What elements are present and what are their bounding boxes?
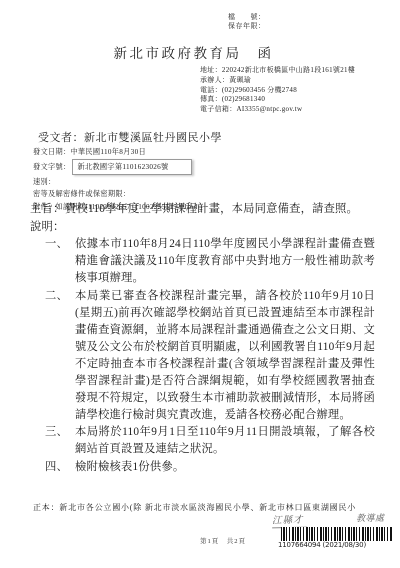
- doc-number-line: 發文字號： 新北教國字第1101623026號: [33, 159, 202, 175]
- contact-block: 地址：220242新北市板橋區中山路1段161號21樓 承辦人：黃珮瑜 電話：(…: [200, 66, 355, 115]
- speed-class-line: 速別：: [33, 177, 202, 187]
- file-number-label: 檔 號：: [228, 13, 266, 22]
- retention-label: 保存年限：: [228, 22, 266, 31]
- contact-phone: 電話：(02)29603456 分機2748: [200, 86, 355, 96]
- item-text: 本局業已審查各校課程計畫完畢，請各校於110年9月10日(星期五)前再次確認學校…: [75, 288, 375, 424]
- handwritten-office: 教導處: [356, 511, 385, 524]
- page-indicator: 第1頁 共2頁: [200, 536, 246, 545]
- explanation-item-3: 三、 本局將於110年9月1日至110年9月11日開設填報，了解各校網站首頁設置…: [45, 424, 375, 458]
- explanation-item-2: 二、 本局業已審查各校課程計畫完畢，請各校於110年9月10日(星期五)前再次確…: [45, 288, 375, 424]
- barcode: [281, 527, 393, 541]
- original-copy-line: 正本：新北市各公立國小(除 新北市淡水區淡海國民小學、新北市林口區東湖國民小: [33, 502, 400, 513]
- handwritten-name: 江縣才: [272, 512, 307, 529]
- document-page: 檔 號： 保存年限： 新北市政府教育局 函 地址：220242新北市板橋區中山路…: [0, 0, 400, 568]
- contact-person: 承辦人：黃珮瑜: [200, 76, 355, 86]
- item-text: 本局將於110年9月1日至110年9月11日開設填報，了解各校網站首頁設置及連結…: [75, 424, 375, 458]
- subject-line: 主旨： 貴校110學年度上學期課程計畫，本局同意備查，請查照。: [30, 201, 375, 218]
- letter-body: 主旨： 貴校110學年度上學期課程計畫，本局同意備查，請查照。 說明： 一、 依…: [30, 201, 375, 476]
- explanation-item-1: 一、 依據本市110年8月24日110學年度國民小學課程計畫備查暨精進會議決議及…: [45, 236, 375, 287]
- item-number: 三、: [45, 424, 75, 458]
- contact-address: 地址：220242新北市板橋區中山路1段161號21樓: [200, 66, 355, 76]
- contact-email: 電子信箱：AI3355@ntpc.gov.tw: [200, 105, 355, 115]
- file-number-block: 檔 號： 保存年限：: [228, 13, 266, 31]
- subject-text: 貴校110學年度上學期課程計畫，本局同意備查，請查照。: [65, 201, 375, 218]
- issue-date-line: 發文日期：中華民國110年8月30日: [33, 147, 202, 157]
- barcode-number: 1107664094 (2021/08/30): [278, 541, 366, 549]
- explanation-item-4: 四、 檢附檢核表1份供參。: [45, 459, 375, 476]
- explanation-label: 說明：: [30, 219, 375, 236]
- item-number: 四、: [45, 459, 75, 476]
- doc-number-label: 發文字號：: [33, 162, 70, 172]
- document-title: 新北市政府教育局 函: [0, 42, 387, 62]
- subject-label: 主旨：: [30, 201, 65, 218]
- secrecy-line: 密等及解密條件或保密期限：: [33, 189, 202, 199]
- recipient-line: 受文者：新北市雙溪區牡丹國民小學: [38, 129, 222, 145]
- doc-number-box: 新北教國字第1101623026號: [72, 159, 191, 175]
- contact-fax: 傳真：(02)29681340: [200, 95, 355, 105]
- item-text: 檢附檢核表1份供參。: [75, 459, 375, 476]
- item-text: 依據本市110年8月24日110學年度國民小學課程計畫備查暨精進會議決議及110…: [75, 236, 375, 287]
- item-number: 一、: [45, 236, 75, 287]
- item-number: 二、: [45, 288, 75, 424]
